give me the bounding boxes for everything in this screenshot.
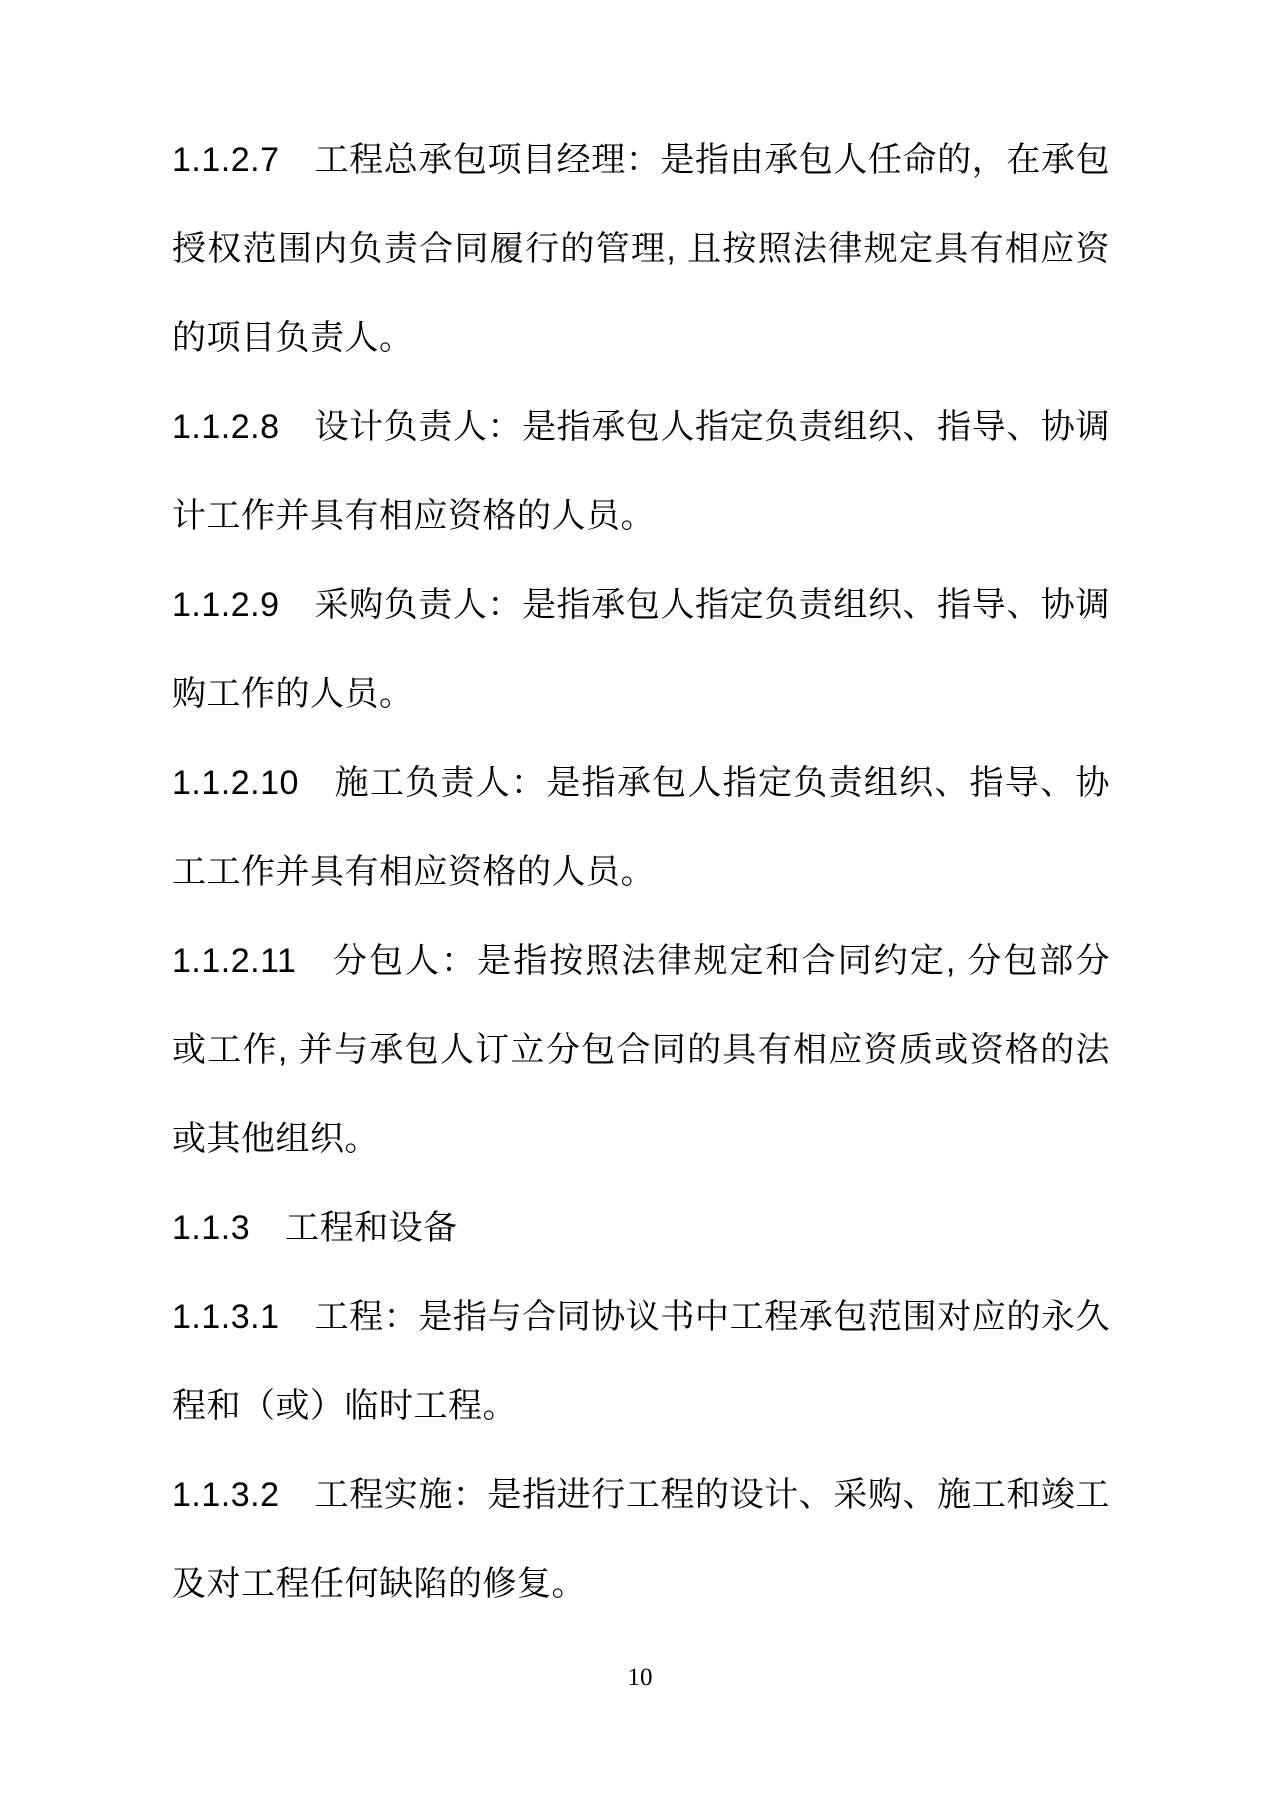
document-page: 1.1.2.7 工程总承包项目经理：是指由承包人任命的，在承包人 授权范围内负责… xyxy=(0,0,1280,1810)
paragraph-1-1-3: 1.1.3 工程和设备 xyxy=(172,1184,1110,1273)
text-line: 或其他组织。 xyxy=(172,1095,1110,1184)
paragraph-1-1-2-9: 1.1.2.9 采购负责人：是指承包人指定负责组织、指导、协调采 购工作的人员。 xyxy=(172,561,1110,739)
text-line: 或工作, 并与承包人订立分包合同的具有相应资质或资格的法人 xyxy=(172,1006,1110,1095)
text-line: 程和（或）临时工程。 xyxy=(172,1362,1110,1451)
text-line: 1.1.3.2 工程实施：是指进行工程的设计、采购、施工和竣工以 xyxy=(172,1451,1110,1540)
document-body: 1.1.2.7 工程总承包项目经理：是指由承包人任命的，在承包人 授权范围内负责… xyxy=(172,116,1110,1629)
text-line: 1.1.2.9 采购负责人：是指承包人指定负责组织、指导、协调采 xyxy=(172,561,1110,650)
paragraph-1-1-2-11: 1.1.2.11 分包人：是指按照法律规定和合同约定, 分包部分工程 或工作, … xyxy=(172,917,1110,1184)
text-line: 1.1.2.10 施工负责人：是指承包人指定负责组织、指导、协调施 xyxy=(172,739,1110,828)
paragraph-1-1-2-10: 1.1.2.10 施工负责人：是指承包人指定负责组织、指导、协调施 工工作并具有… xyxy=(172,739,1110,917)
text-line: 1.1.2.11 分包人：是指按照法律规定和合同约定, 分包部分工程 xyxy=(172,917,1110,1006)
text-line: 1.1.3.1 工程：是指与合同协议书中工程承包范围对应的永久工 xyxy=(172,1273,1110,1362)
text-line: 1.1.2.7 工程总承包项目经理：是指由承包人任命的，在承包人 xyxy=(172,116,1110,205)
paragraph-1-1-2-8: 1.1.2.8 设计负责人：是指承包人指定负责组织、指导、协调设 计工作并具有相… xyxy=(172,383,1110,561)
page-number: 10 xyxy=(0,1664,1280,1692)
paragraph-1-1-3-1: 1.1.3.1 工程：是指与合同协议书中工程承包范围对应的永久工 程和（或）临时… xyxy=(172,1273,1110,1451)
text-line: 及对工程任何缺陷的修复。 xyxy=(172,1540,1110,1629)
paragraph-1-1-3-2: 1.1.3.2 工程实施：是指进行工程的设计、采购、施工和竣工以 及对工程任何缺… xyxy=(172,1451,1110,1629)
text-line: 购工作的人员。 xyxy=(172,650,1110,739)
text-line: 授权范围内负责合同履行的管理, 且按照法律规定具有相应资格 xyxy=(172,205,1110,294)
section-heading-line: 1.1.3 工程和设备 xyxy=(172,1184,1110,1273)
paragraph-1-1-2-7: 1.1.2.7 工程总承包项目经理：是指由承包人任命的，在承包人 授权范围内负责… xyxy=(172,116,1110,383)
text-line: 1.1.2.8 设计负责人：是指承包人指定负责组织、指导、协调设 xyxy=(172,383,1110,472)
text-line: 工工作并具有相应资格的人员。 xyxy=(172,828,1110,917)
text-line: 的项目负责人。 xyxy=(172,294,1110,383)
text-line: 计工作并具有相应资格的人员。 xyxy=(172,472,1110,561)
